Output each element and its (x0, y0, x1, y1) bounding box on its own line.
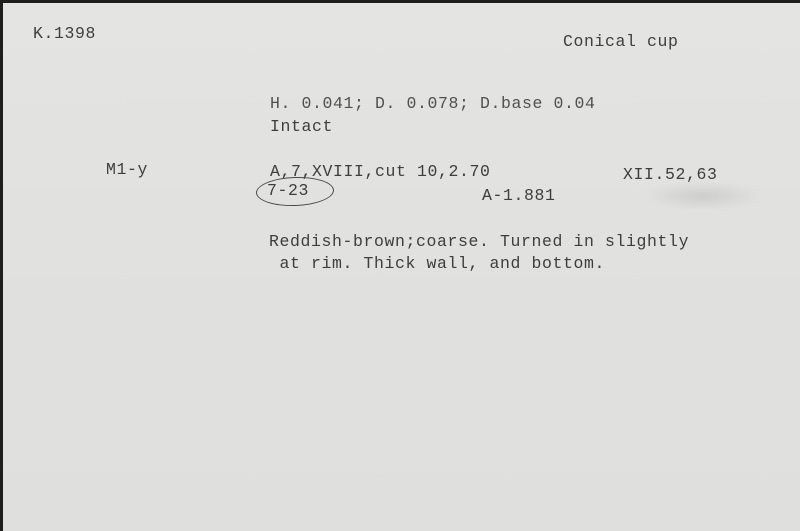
smudge (643, 181, 763, 211)
dimensions: H. 0.041; D. 0.078; D.base 0.04 (270, 94, 596, 114)
condition: Intact (270, 117, 333, 137)
catalog-number: K.1398 (33, 24, 96, 44)
description-line-2: at rim. Thick wall, and bottom. (269, 254, 605, 274)
object-type: Conical cup (563, 32, 679, 52)
catalog-card: K.1398 Conical cup H. 0.041; D. 0.078; D… (3, 3, 800, 531)
description-line-1: Reddish-brown;coarse. Turned in slightly (269, 232, 689, 252)
grid-reference: M1-y (106, 160, 148, 180)
context-level: A-1.881 (482, 186, 556, 206)
context-circled-number: 7-23 (267, 181, 309, 201)
